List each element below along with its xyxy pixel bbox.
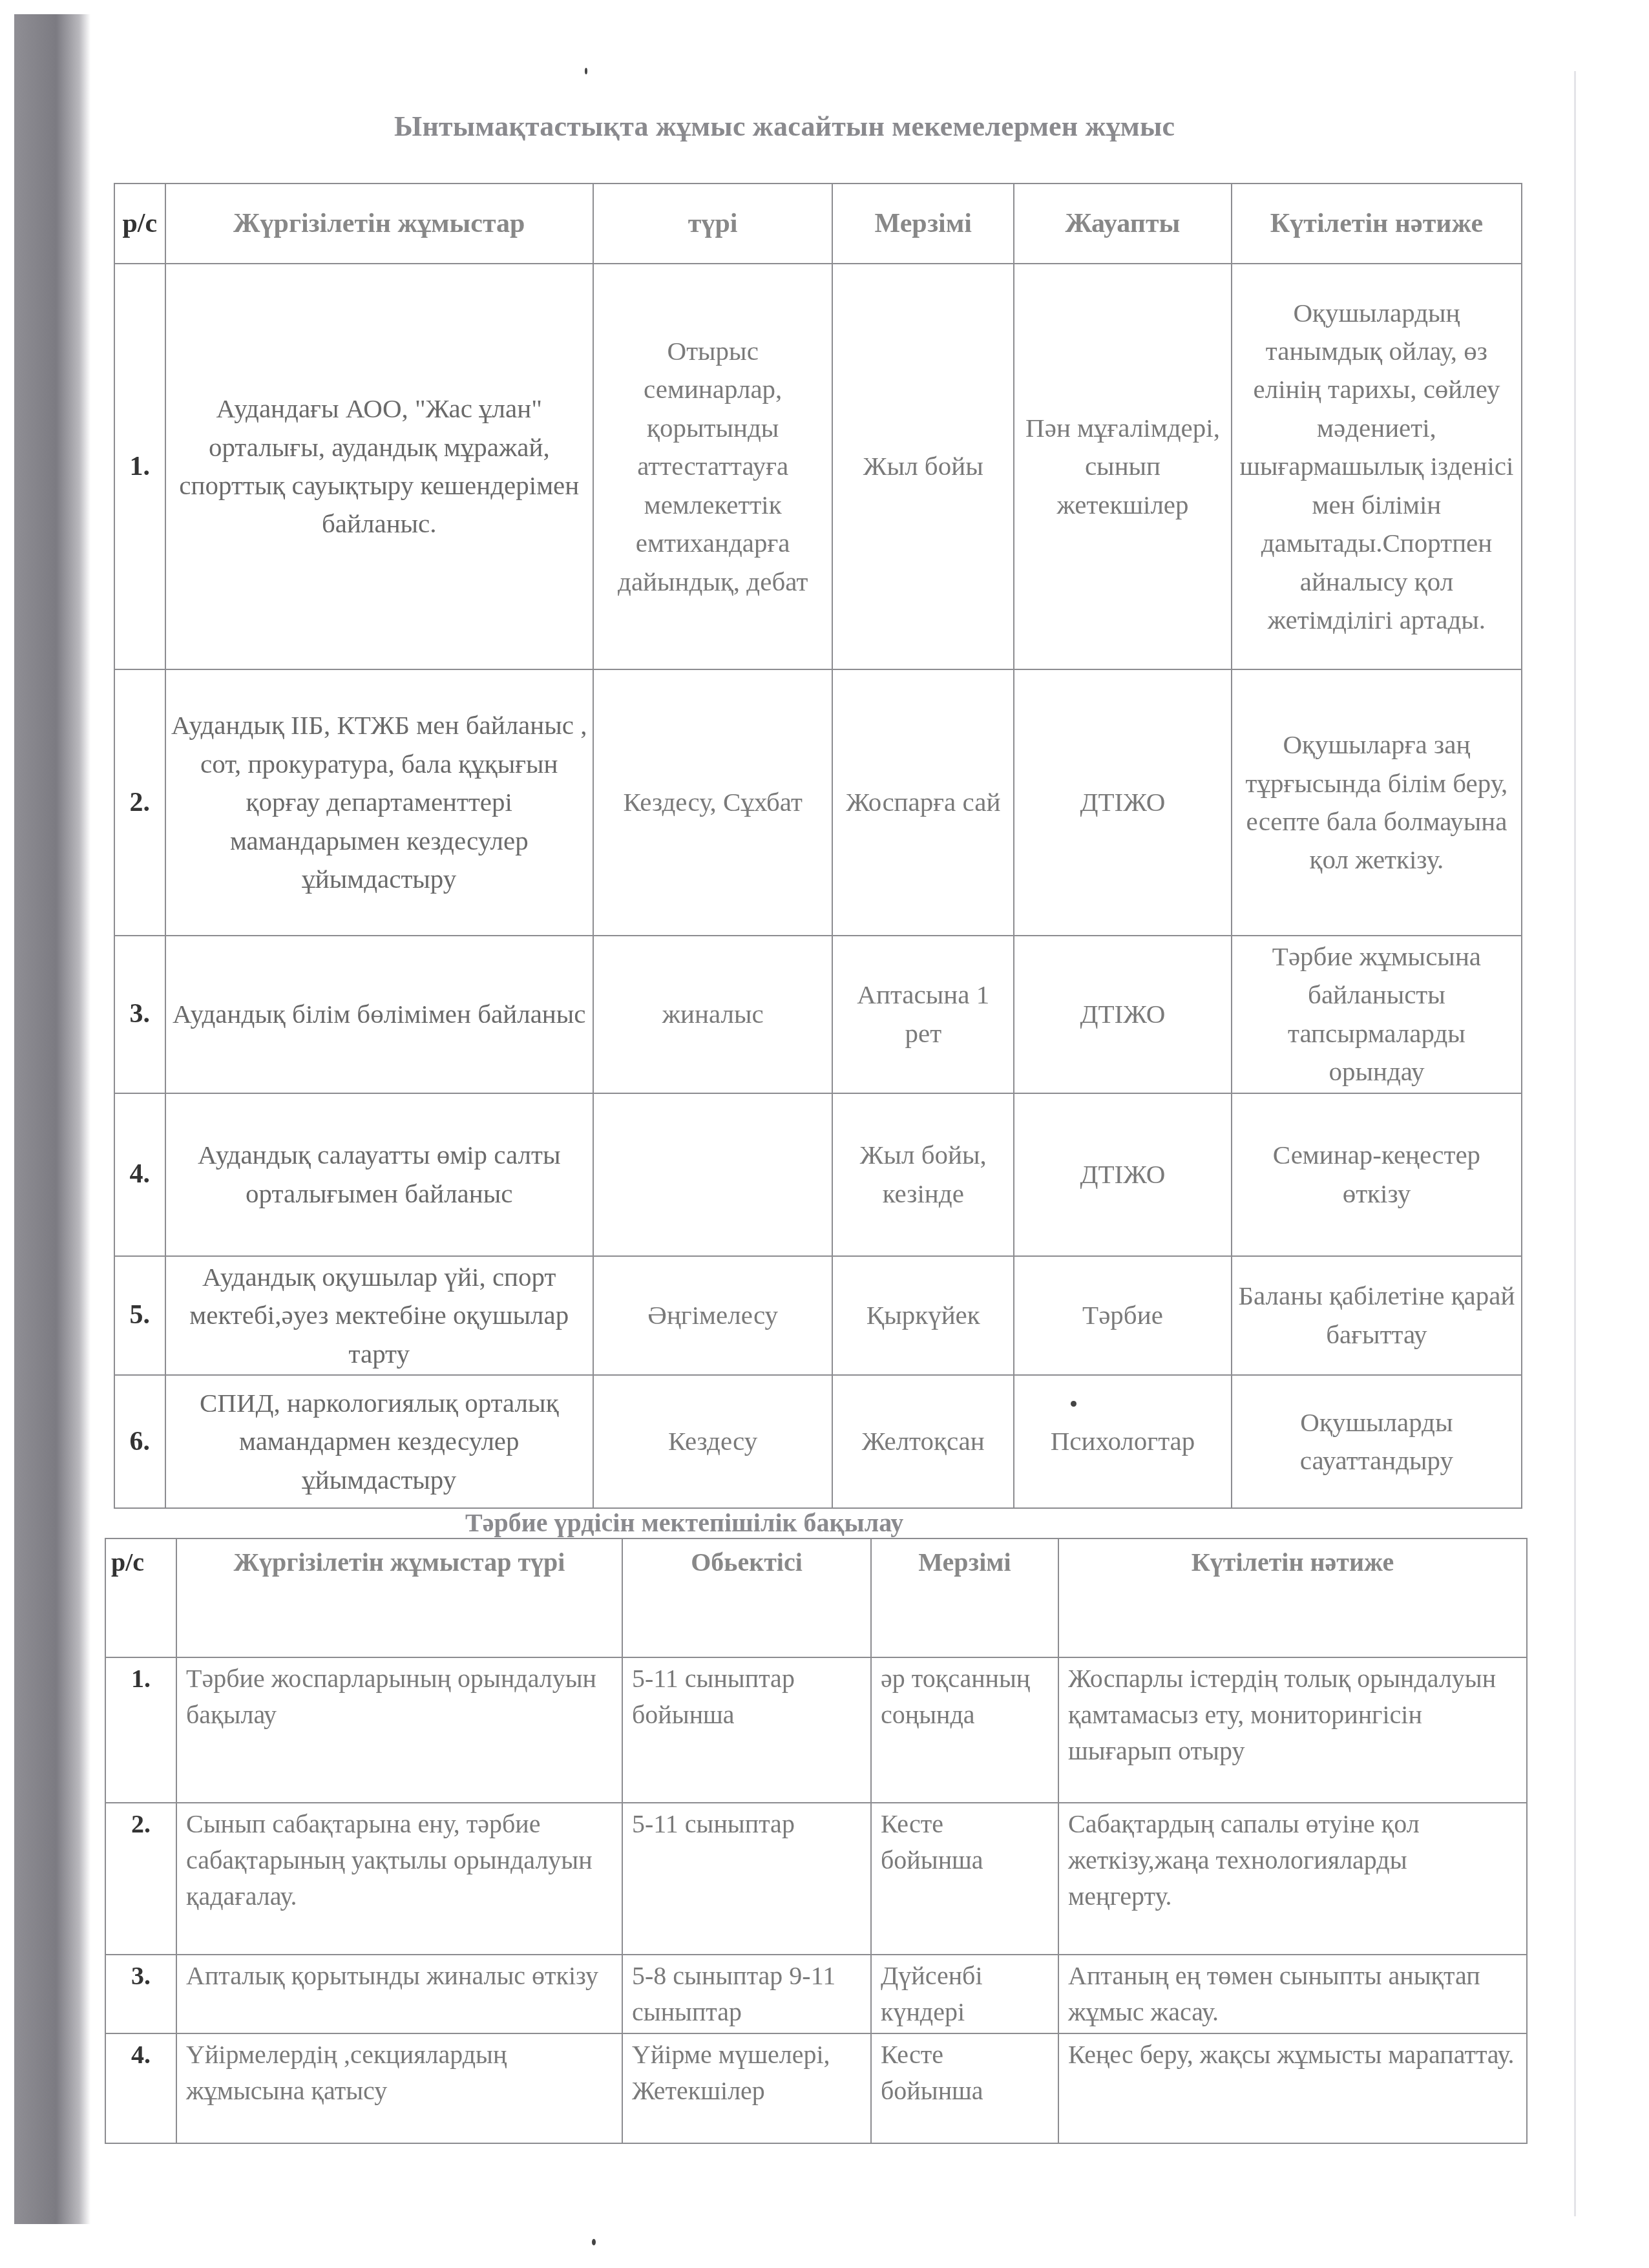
row-result: Оқушылардың танымдық ойлау, өз елінің та… — [1232, 264, 1522, 669]
table-row: 4. Үйірмелердің ,секциялардың жұмысына қ… — [105, 2033, 1527, 2143]
col-header-responsible: Жауапты — [1014, 184, 1232, 264]
row-term: Кесте бойынша — [871, 1803, 1058, 1955]
scan-edge-right — [1574, 71, 1576, 2216]
row-term: Жыл бойы, кезінде — [832, 1093, 1014, 1256]
row-result: Аптаның ең төмен сыныпты анықтап жұмыс ж… — [1058, 1955, 1527, 2033]
table-row: 4. Аудандық салауатты өмір салты орталығ… — [114, 1093, 1522, 1256]
row-number: 4. — [105, 2033, 176, 2143]
row-responsible: Пән мұғалімдері, сынып жетекшілер — [1014, 264, 1232, 669]
scan-speck — [592, 2239, 596, 2245]
row-object: 5-8 сыныптар 9-11 сыныптар — [622, 1955, 871, 2033]
row-type: Отырыс семинарлар, қорытынды аттестаттау… — [593, 264, 832, 669]
row-term: Қыркүйек — [832, 1256, 1014, 1375]
document-page: Ынтымақтастықта жұмыс жасайтын мекемелер… — [90, 0, 1570, 2268]
row-number: 2. — [114, 669, 165, 936]
col-header-object: Обьектісі — [622, 1538, 871, 1657]
row-result: Сабақтардың сапалы өтуіне қол жеткізу,жа… — [1058, 1803, 1527, 1955]
row-object: Үйірме мүшелері, Жетекшілер — [622, 2033, 871, 2143]
row-number: 3. — [105, 1955, 176, 2033]
row-result: Баланы қабілетіне қарай бағыттау — [1232, 1256, 1522, 1375]
row-result: Оқушыларды сауаттандыру — [1232, 1375, 1522, 1508]
table-row: 2. Аудандық ІІБ, КТЖБ мен байланыс , сот… — [114, 669, 1522, 936]
row-result: Оқушыларға заң тұрғысында білім беру, ес… — [1232, 669, 1522, 936]
row-term: Желтоқсан — [832, 1375, 1014, 1508]
col-header-term: Мерзімі — [832, 184, 1014, 264]
row-responsible: Тәрбие — [1014, 1256, 1232, 1375]
row-type — [593, 1093, 832, 1256]
row-term: әр тоқсанның соңында — [871, 1657, 1058, 1803]
row-work: Апталық қорытынды жиналыс өткізу — [176, 1955, 622, 2033]
row-term: Кесте бойынша — [871, 2033, 1058, 2143]
col-header-term: Мерзімі — [871, 1538, 1058, 1657]
row-work: Аудандық салауатты өмір салты орталығыме… — [165, 1093, 593, 1256]
row-responsible: ДТІЖО — [1014, 1093, 1232, 1256]
row-type: жиналыс — [593, 936, 832, 1093]
table-row: 1. Аудандағы АОО, "Жас ұлан" орталығы, а… — [114, 264, 1522, 669]
row-work: Тәрбие жоспарларының орындалуын бақылау — [176, 1657, 622, 1803]
scan-shadow-left — [14, 14, 90, 2224]
row-number: 5. — [114, 1256, 165, 1375]
row-type: Кездесу, Сұхбат — [593, 669, 832, 936]
col-header-result: Күтілетін нәтиже — [1232, 184, 1522, 264]
row-responsible: ДТІЖО — [1014, 669, 1232, 936]
row-responsible: ДТІЖО — [1014, 936, 1232, 1093]
col-header-result: Күтілетін нәтиже — [1058, 1538, 1527, 1657]
row-term: Жыл бойы — [832, 264, 1014, 669]
row-work: Үйірмелердің ,секциялардың жұмысына қаты… — [176, 2033, 622, 2143]
col-header-number: р/с — [114, 184, 165, 264]
section1-title: Ынтымақтастықта жұмыс жасайтын мекемелер… — [394, 110, 1175, 143]
row-number: 1. — [114, 264, 165, 669]
row-number: 6. — [114, 1375, 165, 1508]
row-object: 5-11 сыныптар бойынша — [622, 1657, 871, 1803]
row-result: Жоспарлы істердің толық орындалуын қамта… — [1058, 1657, 1527, 1803]
row-responsible: Психологтар — [1014, 1375, 1232, 1508]
col-header-type: түрі — [593, 184, 832, 264]
row-work: СПИД, наркологиялық орталық мамандармен … — [165, 1375, 593, 1508]
row-number: 1. — [105, 1657, 176, 1803]
scan-speck — [585, 68, 587, 74]
section2-title: Тәрбие үрдісін мектепішілік бақылау — [465, 1507, 903, 1538]
row-number: 4. — [114, 1093, 165, 1256]
row-work: Аудандағы АОО, "Жас ұлан" орталығы, ауда… — [165, 264, 593, 669]
row-work: Аудандық ІІБ, КТЖБ мен байланыс , сот, п… — [165, 669, 593, 936]
row-result: Тәрбие жұмысына байланысты тапсырмаларды… — [1232, 936, 1522, 1093]
row-work: Аудандық оқушылар үйі, спорт мектебі,әуе… — [165, 1256, 593, 1375]
col-header-work-type: Жүргізілетін жұмыстар түрі — [176, 1538, 622, 1657]
row-type: Әңгімелесу — [593, 1256, 832, 1375]
internal-control-table: р/с Жүргізілетін жұмыстар түрі Обьектісі… — [105, 1538, 1528, 2144]
table-header-row: р/с Жүргізілетін жұмыстар түрі Мерзімі Ж… — [114, 184, 1522, 264]
table-row: 6. СПИД, наркологиялық орталық мамандарм… — [114, 1375, 1522, 1508]
scan-speck — [1071, 1401, 1077, 1407]
row-number: 3. — [114, 936, 165, 1093]
table-row: 3. Аудандық білім бөлімімен байланыс жин… — [114, 936, 1522, 1093]
row-number: 2. — [105, 1803, 176, 1955]
row-work: Аудандық білім бөлімімен байланыс — [165, 936, 593, 1093]
row-type: Кездесу — [593, 1375, 832, 1508]
table-row: 1. Тәрбие жоспарларының орындалуын бақыл… — [105, 1657, 1527, 1803]
row-object: 5-11 сыныптар — [622, 1803, 871, 1955]
table-header-row: р/с Жүргізілетін жұмыстар түрі Обьектісі… — [105, 1538, 1527, 1657]
row-term: Жоспарға сай — [832, 669, 1014, 936]
partner-institutions-table: р/с Жүргізілетін жұмыстар түрі Мерзімі Ж… — [114, 183, 1522, 1509]
col-header-work: Жүргізілетін жұмыстар — [165, 184, 593, 264]
table-row: 5. Аудандық оқушылар үйі, спорт мектебі,… — [114, 1256, 1522, 1375]
table-row: 2. Сынып сабақтарына ену, тәрбие сабақта… — [105, 1803, 1527, 1955]
row-result: Семинар-кеңестер өткізу — [1232, 1093, 1522, 1256]
row-term: Аптасына 1 рет — [832, 936, 1014, 1093]
row-term: Дүйсенбі күндері — [871, 1955, 1058, 2033]
row-work: Сынып сабақтарына ену, тәрбие сабақтарын… — [176, 1803, 622, 1955]
row-result: Кеңес беру, жақсы жұмысты марапаттау. — [1058, 2033, 1527, 2143]
col-header-number: р/с — [105, 1538, 176, 1657]
table-row: 3. Апталық қорытынды жиналыс өткізу 5-8 … — [105, 1955, 1527, 2033]
